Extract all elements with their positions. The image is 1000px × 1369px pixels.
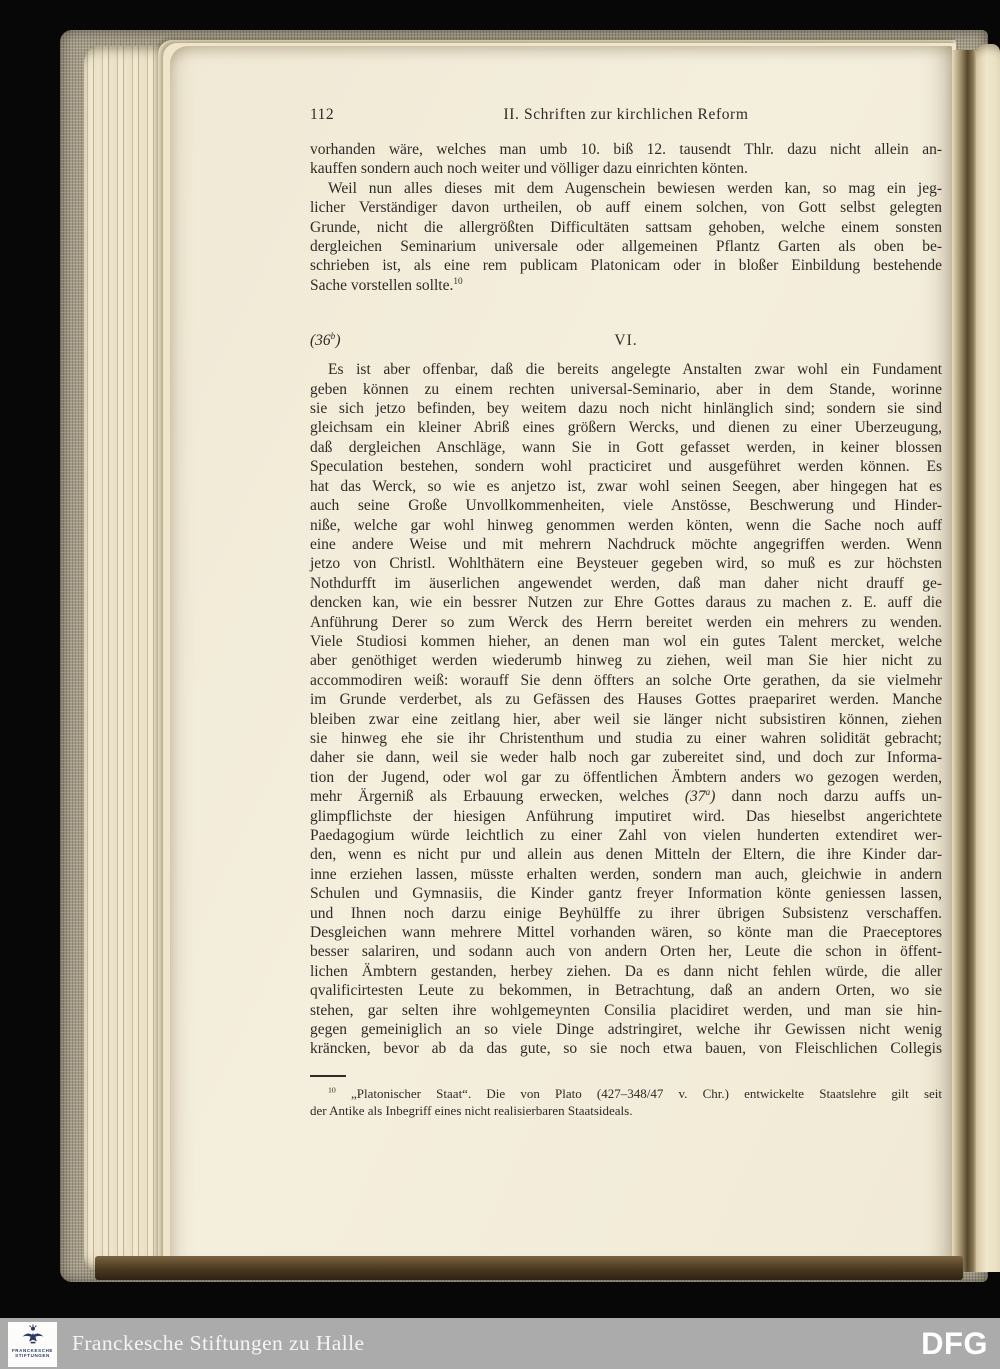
footnote-line: der Antike als Inbegriff eines nicht rea… — [310, 1102, 942, 1120]
page-bottom-edge — [95, 1256, 963, 1280]
footnote: 10 „Platonischer Staat“. Die von Plato (… — [310, 1085, 942, 1120]
body-line: stehen, gar selten ihre wohlgemeynten Co… — [310, 1001, 942, 1020]
paragraph: vorhanden wäre, welches man umb 10. biß … — [310, 140, 942, 179]
body-line: bleiben zwar eine zeitlang hier, aber we… — [310, 710, 942, 729]
body-line: und Ihnen noch darzu einige Beyhülffe zu… — [310, 904, 942, 923]
body-line: mehr Ärgerniß als Erbauung erwecken, wel… — [310, 787, 942, 806]
footnote-line: 10 „Platonischer Staat“. Die von Plato (… — [310, 1085, 942, 1103]
institution-logo: FRANCKESCHE STIFTUNGEN — [8, 1322, 57, 1367]
body-line: Paedagogium würde leichtlich zu einer Za… — [310, 826, 942, 845]
paragraph: Es ist aber offenbar, daß die bereits an… — [310, 360, 942, 1059]
institution-name: Franckesche Stiftungen zu Halle — [72, 1318, 364, 1369]
body-line: hat das Werck, so wie es anjetzo ist, zw… — [310, 477, 942, 496]
body-line: inne erziehen lassen, müsste erhalten we… — [310, 865, 942, 884]
body-line: daher sie dann, weil sie weder halb noch… — [310, 748, 942, 767]
body-line: niße, welche gar wohl hinweg genommen we… — [310, 516, 942, 535]
body-line: aber genöthiget werden wiederumb hinweg … — [310, 651, 942, 670]
body-line: besser salariren, und sodann auch von an… — [310, 942, 942, 961]
institution-logo-text: FRANCKESCHE STIFTUNGEN — [12, 1348, 53, 1358]
body-line: lichen Ämbtern gestanden, herbey ziehen.… — [310, 962, 942, 981]
body-line: jetzo von Christl. Wohlthätern eine Beys… — [310, 554, 942, 573]
body-line: Sache vorstellen sollte.10 — [310, 276, 942, 295]
body-line: vorhanden wäre, welches man umb 10. biß … — [310, 140, 942, 159]
body-line: dencken kan, wie ein bessrer Nutzen zur … — [310, 593, 942, 612]
content-blocks: vorhanden wäre, welches man umb 10. biß … — [310, 140, 942, 1059]
running-header: II. Schriften zur kirchlichen Reform — [310, 106, 942, 124]
body-line: kräncken, bevor ab da das gute, so sie n… — [310, 1039, 942, 1058]
facing-page-edge — [976, 44, 1000, 1272]
body-line: Desgleichen wann mehrere Mittel vorhande… — [310, 923, 942, 942]
footnote-rule — [310, 1075, 346, 1077]
paragraph: Weil nun alles dieses mit dem Augenschei… — [310, 179, 942, 295]
dfg-logo: DFG — [921, 1317, 988, 1369]
body-line: den, wenn es nicht pur und allein aus de… — [310, 845, 942, 864]
eagle-icon — [20, 1324, 46, 1348]
body-line: Weil nun alles dieses mit dem Augenschei… — [310, 179, 942, 198]
body-line: tion der Jugend, oder wol gar zu öffentl… — [310, 768, 942, 787]
body-line: sie sich jetzo befinden, bey weitem dazu… — [310, 399, 942, 418]
gutter-shadow — [952, 50, 976, 1272]
body-line: dergleichen Seminarium universale oder a… — [310, 237, 942, 256]
body-line: glimpflichste der hiesigen Anführung imp… — [310, 807, 942, 826]
footer-bar: FRANCKESCHE STIFTUNGEN Franckesche Stift… — [0, 1318, 1000, 1369]
scan-background: { "colors": { "page_paper": "#f2ecd9", "… — [0, 0, 1000, 1369]
page-header: 112 II. Schriften zur kirchlichen Reform — [310, 106, 942, 126]
body-line: accommodiren weiß: worauff Sie denn öfft… — [310, 671, 942, 690]
section-number: VI. — [310, 331, 942, 351]
section-heading: (36b)VI. — [310, 331, 942, 351]
body-line: im Grunde verderbet, als zu Gefässen des… — [310, 690, 942, 709]
body-line: geben können zu einem rechten universal-… — [310, 380, 942, 399]
body-line: Viele Studiosi kommen hieher, an denen m… — [310, 632, 942, 651]
body-line: Grunde, nicht die allergrößten Difficult… — [310, 218, 942, 237]
folio-margin-note: (36b) — [310, 331, 341, 351]
body-line: Es ist aber offenbar, daß die bereits an… — [310, 360, 942, 379]
body-line: kauffen sondern auch noch weiter und völ… — [310, 159, 942, 178]
body-line: Schulen und Gymnasiis, die Kinder gantz … — [310, 884, 942, 903]
body-line: auch seine Große Unvollkommenheiten, vie… — [310, 496, 942, 515]
body-text: vorhanden wäre, welches man umb 10. biß … — [310, 140, 942, 1120]
body-line: eine andere Weise und mit mehrern Nachdr… — [310, 535, 942, 554]
body-line: licher Verständiger davon urtheilen, ob … — [310, 198, 942, 217]
page-number: 112 — [310, 106, 334, 124]
body-line: Speculation bestehen, sondern wohl pract… — [310, 457, 942, 476]
body-line: Anführung Derer so zum Werck des Herrn b… — [310, 613, 942, 632]
body-line: gegen gemeiniglich an so viele Dinge ads… — [310, 1020, 942, 1039]
body-line: schrieben ist, als eine rem publicam Pla… — [310, 256, 942, 275]
body-line: gleichsam ein kleiner Abriß eines größer… — [310, 418, 942, 437]
body-line: qvalificirtesten Leute zu bekommen, in B… — [310, 981, 942, 1000]
body-line: daß dergleichen Anschläge, wann Sie in G… — [310, 438, 942, 457]
body-line: Nothdurfft im äuserlichen angewendet wer… — [310, 574, 942, 593]
body-line: sie hinweg ehe sie ihr Christenthum und … — [310, 729, 942, 748]
